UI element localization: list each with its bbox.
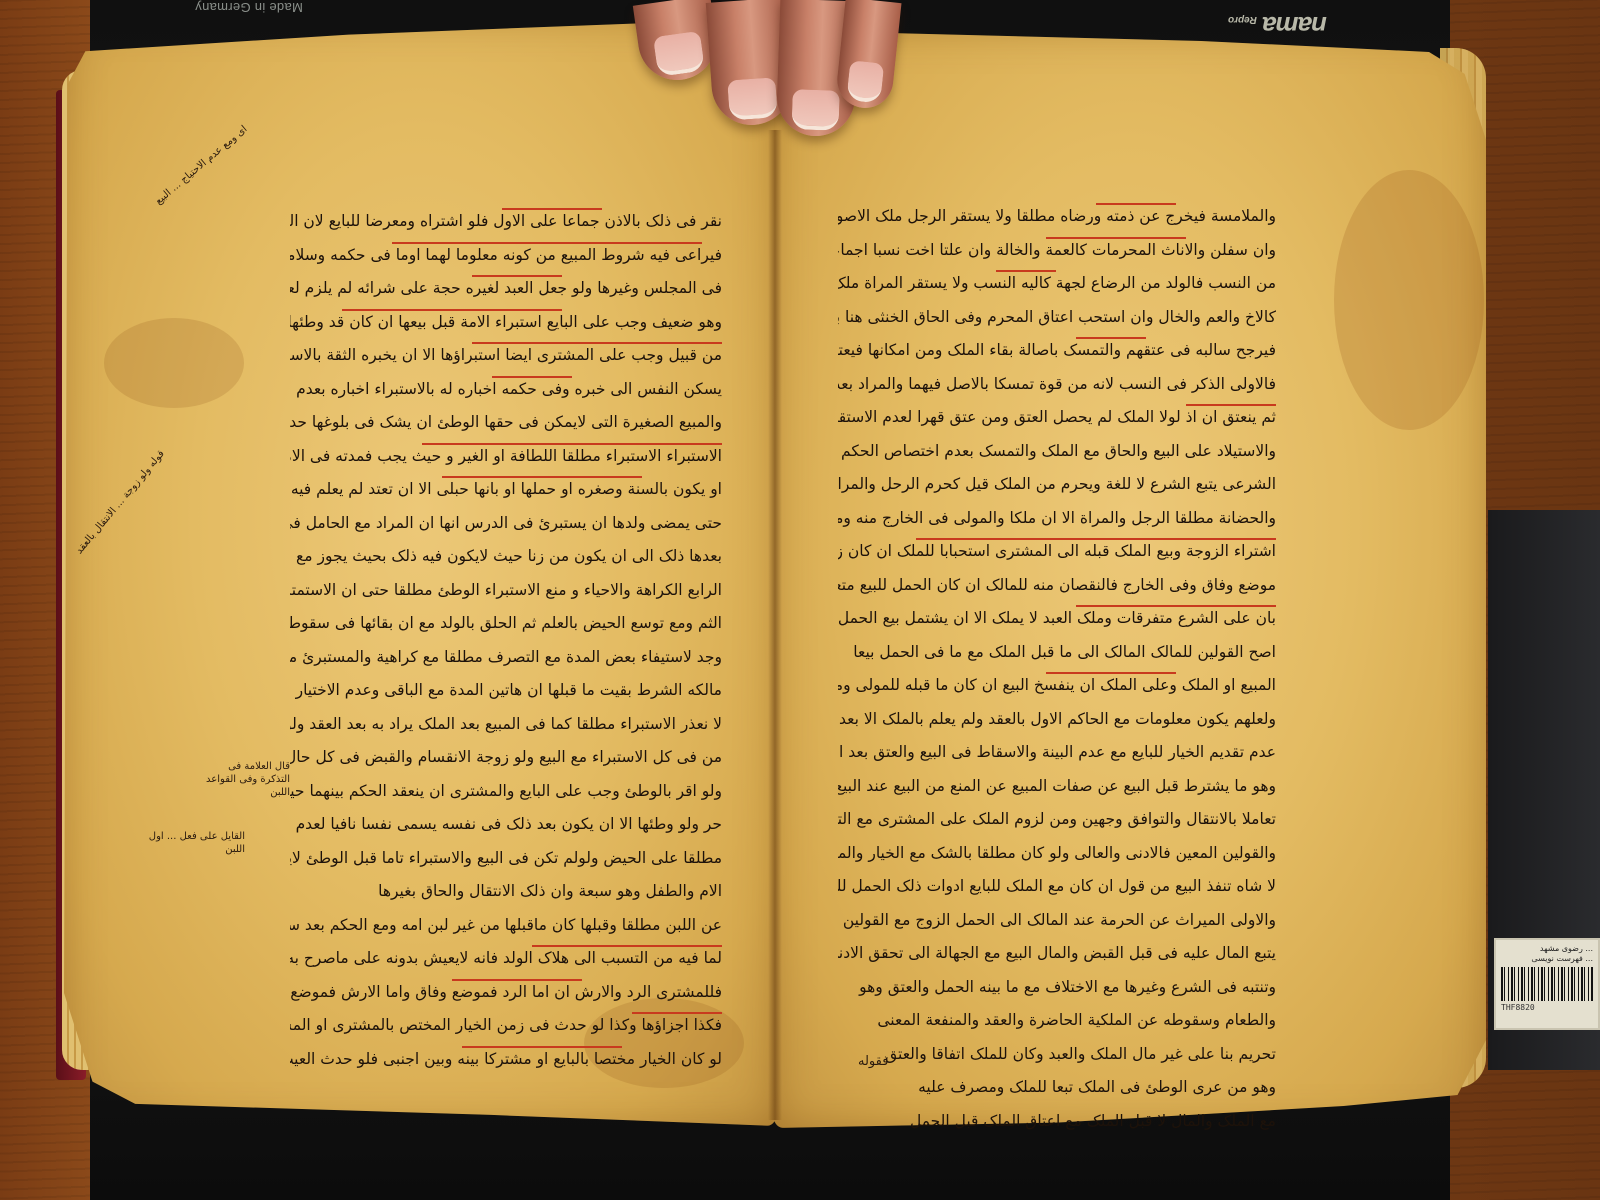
rubric-overline <box>442 476 642 478</box>
brand-sub: Repro <box>1228 14 1257 25</box>
manuscript-line: الام والطفل وهو سبعة وان ذلک الانتقال وا… <box>290 875 722 909</box>
left-page-text: نقر فی ذلک بالاذن جماعا علی الاول فلو اش… <box>290 205 722 1076</box>
rubric-overline <box>472 342 722 344</box>
fingernail <box>791 89 839 131</box>
manuscript-line: بعدها ذلک الی ان یکون من زنا حیث لایکون … <box>290 540 722 574</box>
rubric-overline <box>342 309 562 311</box>
rubric-overline <box>916 538 1276 540</box>
manuscript-line: مع الملک والمال لا قبل الملک مع اعتاق ال… <box>838 1105 1276 1139</box>
fingernail <box>653 31 705 77</box>
barcode-text-2: ... فهرست نویسی <box>1501 954 1593 964</box>
rubric-overline <box>996 270 1056 272</box>
manuscript-line: ولعلهم یکون معلومات مع الحاکم الاول بالع… <box>838 703 1276 737</box>
fingernail <box>846 60 884 103</box>
manuscript-line: عدم تقدیم الخیار للبایع مع عدم البینة وا… <box>838 736 1276 770</box>
manuscript-line: من النسب فالولد من الرضاع لجهة کالیه الن… <box>838 267 1276 301</box>
book-gutter <box>768 130 782 1120</box>
rubric-overline <box>632 1012 722 1014</box>
manuscript-line: من قبیل وجب علی المشتری ایضا استبراؤها ا… <box>290 339 722 373</box>
marginal-note: القایل علی فعل ... اول اللبن <box>135 830 245 856</box>
manuscript-line: وهو من عری الوطئ فی الملک تبعا للملک ومص… <box>838 1071 1276 1105</box>
manuscript-line: مالکه الشرط بقیت ما قبلها ان هاتین المدة… <box>290 674 722 708</box>
manuscript-line: فکذا اجزاؤها وکذا لو حدث فی زمن الخیار ا… <box>290 1009 722 1043</box>
cradle-brand-label: nama Repro <box>1228 10 1327 41</box>
manuscript-line: فیراعی فیه شروط المبیع من کونه معلوما له… <box>290 239 722 273</box>
manuscript-line: من فی کل الاستبراء مع البیع ولو زوجة الا… <box>290 741 722 775</box>
manuscript-line: حر ولو وطئها الا ان یکون بعد ذلک فی نفسه… <box>290 808 722 842</box>
rubric-overline <box>492 376 572 378</box>
manuscript-line: حتی یمضی ولدها ان یستبرئ فی الدرس انها ا… <box>290 507 722 541</box>
rubric-overline <box>1076 337 1146 339</box>
manuscript-line: المبیع او الملک وعلی الملک ان ینفسخ البی… <box>838 669 1276 703</box>
manuscript-line: الرابع الکراهة والاحیاء و منع الاستبراء … <box>290 574 722 608</box>
manuscript-line: او یکون بالسنة وصغره او حملها او بانها ح… <box>290 473 722 507</box>
manuscript-line: والحضانة مطلقا الرجل والمراة الا ان ملکا… <box>838 502 1276 536</box>
manuscript-line: نقر فی ذلک بالاذن جماعا علی الاول فلو اش… <box>290 205 722 239</box>
hand-holding-pages <box>628 0 890 140</box>
manuscript-line: کالاخ والعم والخال وان استحب اعتاق المحر… <box>838 301 1276 335</box>
manuscript-line: والقولین المعین فالادنی والعالی ولو کان … <box>838 837 1276 871</box>
manuscript-line: مطلقا علی الحیض ولولم تکن فی البیع والاس… <box>290 842 722 876</box>
manuscript-line: اصح القولین للمالک المالک الی ما قبل الم… <box>838 636 1276 670</box>
catchword: فقوله <box>858 1054 888 1069</box>
rubric-overline <box>452 979 582 981</box>
manuscript-line: والملامسة فیخرج عن ذمته ورضاه مطلقا ولا … <box>838 200 1276 234</box>
manuscript-line: وهو ما یشترط قبل البیع عن صفات المبیع عن… <box>838 770 1276 804</box>
rubric-overline <box>422 443 722 445</box>
manuscript-line: تحریم بنا علی غیر مال الملک والعبد وکان … <box>838 1038 1276 1072</box>
rubric-overline <box>1076 605 1276 607</box>
rubric-overline <box>1096 203 1176 205</box>
brand-name: nama <box>1263 10 1327 41</box>
manuscript-line: فالاولی الذکر فی النسب لانه من قوة تمسکا… <box>838 368 1276 402</box>
manuscript-line: والمبیع الصغیرة التی لایمکن فی حقها الوط… <box>290 406 722 440</box>
barcode-label: ... رضوی مشهد ... فهرست نویسی THF8820 <box>1494 938 1600 1030</box>
manuscript-line: والاستیلاد علی البیع والحاق مع الملک وال… <box>838 435 1276 469</box>
stain <box>104 318 244 408</box>
rubric-overline <box>1186 404 1276 406</box>
barcode-icon <box>1501 967 1593 1001</box>
manuscript-line: عن اللبن مطلقا وقبلها کان ماقبلها من غیر… <box>290 909 722 943</box>
rubric-overline <box>1046 237 1186 239</box>
manuscript-line: لما فیه من التسبب الی هلاک الولد فانه لا… <box>290 942 722 976</box>
rubric-overline <box>1046 672 1176 674</box>
rubric-overline <box>392 242 702 244</box>
marginal-note: قال العلامة فی التذکرة وفی القواعد اللبن <box>200 760 290 799</box>
manuscript-line: والطعام وسقوطه عن الملکیة الحاضرة والعقد… <box>838 1004 1276 1038</box>
barcode-text-1: ... رضوی مشهد <box>1501 944 1593 954</box>
manuscript-line: الثم ومع توسع الحیض بالعلم ثم الحلق بالو… <box>290 607 722 641</box>
manuscript-line: یتبع المال علیه فی قبل القبض والمال البی… <box>838 937 1276 971</box>
manuscript-line: موضع وفاق وفی الخارج فالنقصان منه للمالک… <box>838 569 1276 603</box>
manuscript-line: وتنتبه فی الشرع وغیرها مع الاختلاف مع ما… <box>838 971 1276 1005</box>
manuscript-line: فللمشتری الرد والارش ان اما الرد فموضع و… <box>290 976 722 1010</box>
manuscript-photo: Made in Germany nama Repro ... رضوی مشهد… <box>0 0 1600 1200</box>
stain <box>1334 170 1484 430</box>
manuscript-line: لا شاه تنفذ البیع من قول ان کان مع الملک… <box>838 870 1276 904</box>
manuscript-line: یسکن النفس الی خبره وفی حکمه اخباره له ب… <box>290 373 722 407</box>
manuscript-line: ثم ینعتق ان اذ لولا الملک لم یحصل العتق … <box>838 401 1276 435</box>
manuscript-line: ولو اقر بالوطئ وجب علی البایع والمشتری ا… <box>290 775 722 809</box>
rubric-overline <box>472 275 562 277</box>
rubric-overline <box>462 1046 622 1048</box>
manuscript-line: وهو ضعیف وجب علی البایع استبراء الامة قب… <box>290 306 722 340</box>
manuscript-line: اشتراء الزوجة وبیع الملک قبله الی المشتر… <box>838 535 1276 569</box>
manuscript-line: الاستبراء الاستبراء مطلقا اللطافة او الغ… <box>290 440 722 474</box>
rubric-overline <box>532 945 722 947</box>
cradle-made-in-label: Made in Germany <box>195 0 303 15</box>
manuscript-line: الشرعی یتبع الشرع لا للغة ویحرم من الملک… <box>838 468 1276 502</box>
manuscript-line: والاولی المیراث عن الحرمة عند المالک الی… <box>838 904 1276 938</box>
rubric-overline <box>502 208 602 210</box>
barcode-number: THF8820 <box>1501 1003 1593 1012</box>
manuscript-line: تعاملا بالانتقال والتوافق وجهین ومن لزوم… <box>838 803 1276 837</box>
manuscript-line: لو کان الخیار مختصا بالبایع او مشترکا بی… <box>290 1043 722 1077</box>
manuscript-line: بان علی الشرع متفرقات وملک العبد لا یملک… <box>838 602 1276 636</box>
right-page-text: والملامسة فیخرج عن ذمته ورضاه مطلقا ولا … <box>838 200 1276 1138</box>
manuscript-line: وان سفلن والاناث المحرمات کالعمة والخالة… <box>838 234 1276 268</box>
manuscript-line: فیرجح سالبه فی عتقهم والتمسک باصالة بقاء… <box>838 334 1276 368</box>
fingernail <box>727 77 778 120</box>
manuscript-line: لا نعذر الاستبراء مطلقا کما فی المبیع بع… <box>290 708 722 742</box>
manuscript-line: فی المجلس وغیرها ولو جعل العبد لغیره حجة… <box>290 272 722 306</box>
manuscript-line: وجد لاستیفاء بعض المدة مع التصرف مطلقا م… <box>290 641 722 675</box>
